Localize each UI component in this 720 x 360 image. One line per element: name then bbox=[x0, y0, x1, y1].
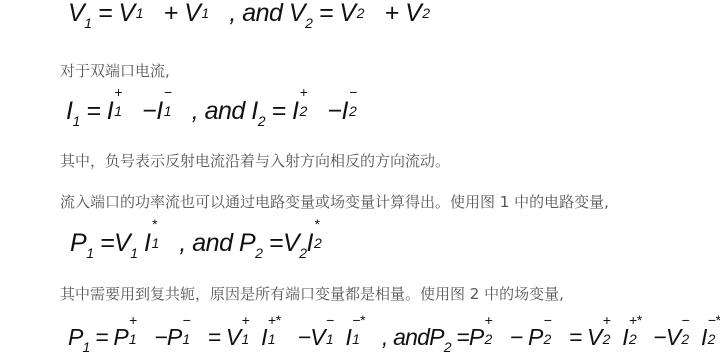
paragraph-two-port-current: 对于双端口电流, bbox=[60, 60, 170, 81]
current-equation: I1 = I+1 −I−1 , and I2 = I+2 −I−2 bbox=[66, 94, 370, 126]
paragraph-conjugate: 其中需要用到复共轭，原因是所有端口变量都是相量。使用图 2 中的场变量, bbox=[60, 283, 564, 304]
power-field-equation: P1 = P+1 −P−1 = V+1I+*1 −V−1I−*1 , andP2… bbox=[68, 322, 720, 351]
paragraph-negative-sign: 其中，负号表示反射电流沿着与入射方向相反的方向流动。 bbox=[60, 150, 450, 171]
voltage-equation: V1 = V+1 + V−1 , and V2 = V+2 + V−2 bbox=[68, 0, 444, 28]
power-circuit-equation: P1 =V1 I*1 , and P2 =V2I*2 bbox=[70, 226, 335, 258]
paragraph-power-flow: 流入端口的功率流也可以通过电路变量或场变量计算得出。使用图 1 中的电路变量, bbox=[60, 191, 609, 212]
